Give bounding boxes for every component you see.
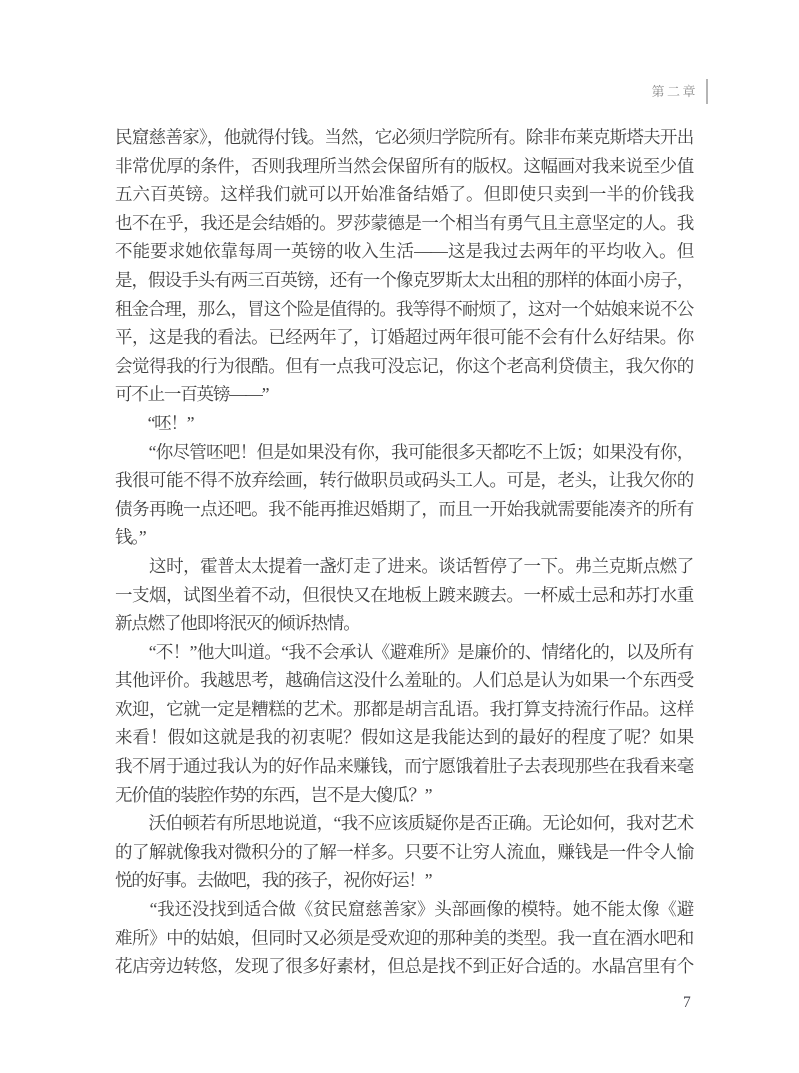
- text-line: 的了解就像我对微积分的了解一样多。只要不让穷人流血，赚钱是一件令人愉: [115, 838, 693, 867]
- text-line: “呸！”: [115, 409, 693, 438]
- text-line: 难所》中的姑娘，但同时又必须是受欢迎的那种美的类型。我一直在酒水吧和: [115, 924, 693, 953]
- text-line: 花店旁边转悠，发现了很多好素材，但总是找不到正好合适的。水晶宫里有个: [115, 952, 693, 981]
- text-line: 钱。”: [115, 523, 693, 552]
- text-line: 平，这是我的看法。已经两年了，订婚超过两年很可能不会有什么好结果。你: [115, 323, 693, 352]
- text-line: 不能要求她依靠每周一英镑的收入生活——这是我过去两年的平均收入。但: [115, 237, 693, 266]
- text-line: 也不在乎，我还是会结婚的。罗莎蒙德是一个相当有勇气且主意坚定的人。我: [115, 209, 693, 238]
- text-line: 我不屑于通过我认为的好作品来赚钱，而宁愿饿着肚子去表现那些在我看来毫: [115, 752, 693, 781]
- text-line: 可不止一百英镑——”: [115, 380, 693, 409]
- text-line: 民窟慈善家》，他就得付钱。当然，它必须归学院所有。除非布莱克斯塔夫开出: [115, 123, 693, 152]
- text-line: 非常优厚的条件，否则我理所当然会保留所有的版权。这幅画对我来说至少值: [115, 152, 693, 181]
- page-number: 7: [683, 994, 691, 1012]
- text-line: 悦的好事。去做吧，我的孩子，祝你好运！”: [115, 866, 693, 895]
- running-head: 第二章: [651, 79, 708, 104]
- text-line: 这时，霍普太太提着一盏灯走了进来。谈话暂停了一下。弗兰克斯点燃了: [115, 552, 693, 581]
- text-line: 我很可能不得不放弃绘画，转行做职员或码头工人。可是，老头，让我欠你的: [115, 466, 693, 495]
- text-line: 是，假设手头有两三百英镑，还有一个像克罗斯太太出租的那样的体面小房子，: [115, 266, 693, 295]
- text-line: 会觉得我的行为很酷。但有一点我可没忘记，你这个老高利贷债主，我欠你的: [115, 352, 693, 381]
- text-line: 来看！假如这就是我的初衷呢？假如这是我能达到的最好的程度了呢？如果: [115, 723, 693, 752]
- text-line: “你尽管呸吧！但是如果没有你，我可能很多天都吃不上饭；如果没有你，: [115, 438, 693, 467]
- text-line: “不！”他大叫道。“我不会承认《避难所》是廉价的、情绪化的，以及所有: [115, 638, 693, 667]
- text-line: “我还没找到适合做《贫民窟慈善家》头部画像的模特。她不能太像《避: [115, 895, 693, 924]
- body-text: 民窟慈善家》，他就得付钱。当然，它必须归学院所有。除非布莱克斯塔夫开出非常优厚的…: [115, 123, 693, 981]
- header-divider: [706, 79, 708, 104]
- text-line: 欢迎，它就一定是糟糕的艺术。那都是胡言乱语。我打算支持流行作品。这样: [115, 695, 693, 724]
- chapter-title: 第二章: [651, 85, 698, 98]
- text-line: 五六百英镑。这样我们就可以开始准备结婚了。但即使只卖到一半的价钱我: [115, 180, 693, 209]
- text-line: 沃伯顿若有所思地说道，“我不应该质疑你是否正确。无论如何，我对艺术: [115, 809, 693, 838]
- text-line: 其他评价。我越思考，越确信这没什么羞耻的。人们总是认为如果一个东西受: [115, 666, 693, 695]
- text-line: 无价值的装腔作势的东西，岂不是大傻瓜？”: [115, 781, 693, 810]
- book-page: 第二章 民窟慈善家》，他就得付钱。当然，它必须归学院所有。除非布莱克斯塔夫开出非…: [0, 0, 799, 1073]
- text-line: 债务再晚一点还吧。我不能再推迟婚期了，而且一开始我就需要能凑齐的所有: [115, 495, 693, 524]
- text-line: 租金合理，那么，冒这个险是值得的。我等得不耐烦了，这对一个姑娘来说不公: [115, 295, 693, 324]
- text-line: 一支烟，试图坐着不动，但很快又在地板上踱来踱去。一杯威士忌和苏打水重: [115, 581, 693, 610]
- text-line: 新点燃了他即将泯灭的倾诉热情。: [115, 609, 693, 638]
